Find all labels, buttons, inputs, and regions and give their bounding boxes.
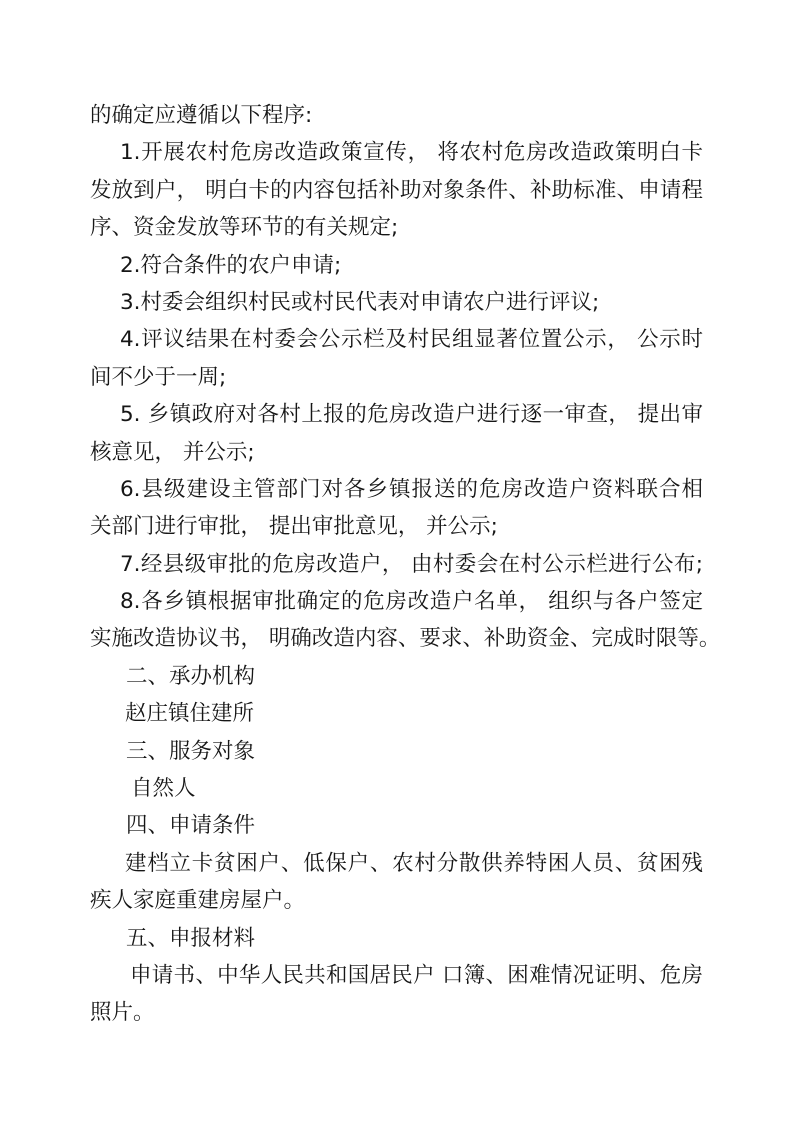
text-line: 序、资金发放等环节的有关规定; bbox=[90, 209, 703, 246]
text-line: 4.评议结果在村委会公示栏及村民组显著位置公示， 公示时 bbox=[90, 321, 703, 358]
text-line: 实施改造协议书， 明确改造内容、要求、补助资金、完成时限等。 bbox=[90, 620, 703, 657]
text-line: 赵庄镇住建所 bbox=[90, 695, 703, 732]
text-line: 的确定应遵循以下程序: bbox=[90, 97, 703, 134]
text-line: 四、申请条件 bbox=[90, 807, 703, 844]
text-line: 7.经县级审批的危房改造户， 由村委会在村公示栏进行公布; bbox=[90, 546, 703, 583]
text-line: 间不少于一周; bbox=[90, 359, 703, 396]
text-line: 2.符合条件的农户申请; bbox=[90, 247, 703, 284]
text-line: 二、承办机构 bbox=[90, 658, 703, 695]
text-line: 6.县级建设主管部门对各乡镇报送的危房改造户资料联合相 bbox=[90, 471, 703, 508]
text-line: 照片。 bbox=[90, 994, 703, 1031]
text-line: 3.村委会组织村民或村民代表对申请农户进行评议; bbox=[90, 284, 703, 321]
text-line: 核意见， 并公示; bbox=[90, 434, 703, 471]
text-line: 5. 乡镇政府对各村上报的危房改造户进行逐一审查， 提出审 bbox=[90, 396, 703, 433]
text-line: 1.开展农村危房改造政策宣传， 将农村危房改造政策明白卡 bbox=[90, 134, 703, 171]
text-line: 自然人 bbox=[90, 770, 703, 807]
text-line: 疾人家庭重建房屋户。 bbox=[90, 882, 703, 919]
text-line: 8.各乡镇根据审批确定的危房改造户名单， 组织与各户签定 bbox=[90, 583, 703, 620]
text-line: 发放到户， 明白卡的内容包括补助对象条件、补助标准、申请程 bbox=[90, 172, 703, 209]
text-line: 三、服务对象 bbox=[90, 733, 703, 770]
text-line: 建档立卡贫困户、低保户、农村分散供养特困人员、贫困残 bbox=[90, 845, 703, 882]
document-body: 的确定应遵循以下程序:1.开展农村危房改造政策宣传， 将农村危房改造政策明白卡发… bbox=[90, 97, 703, 1032]
document-page: 的确定应遵循以下程序:1.开展农村危房改造政策宣传， 将农村危房改造政策明白卡发… bbox=[0, 0, 793, 1122]
text-line: 申请书、中华人民共和国居民户 口簿、困难情况证明、危房 bbox=[90, 957, 703, 994]
text-line: 关部门进行审批， 提出审批意见， 并公示; bbox=[90, 508, 703, 545]
text-line: 五、申报材料 bbox=[90, 920, 703, 957]
